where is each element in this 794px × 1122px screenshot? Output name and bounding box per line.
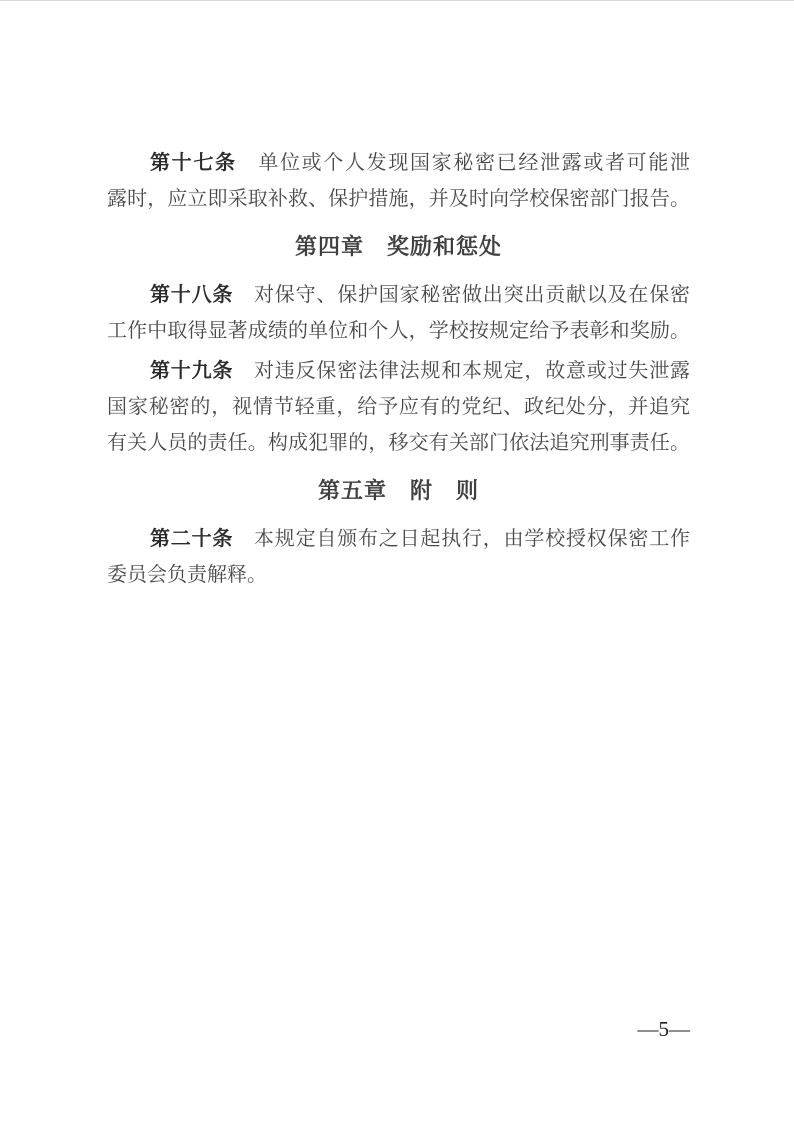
- chapter-4-heading: 第四章 奖励和惩处: [107, 229, 690, 265]
- article-20-number: 第二十条: [150, 528, 233, 550]
- article-20-paragraph: 第二十条本规定自颁布之日起执行，由学校授权保密工作 委员会负责解释。: [107, 521, 690, 593]
- article-17-line-1: 第十七条单位或个人发现国家秘密已经泄露或者可能泄: [107, 145, 690, 181]
- article-19-line-1-text: 对违反保密法律法规和本规定，故意或过失泄露: [253, 360, 690, 382]
- page-content: 第十七条单位或个人发现国家秘密已经泄露或者可能泄 露时，应立即采取补救、保护措施…: [107, 145, 690, 593]
- article-18-line-1: 第十八条对保守、保护国家秘密做出突出贡献以及在保密: [107, 277, 690, 313]
- article-19-line-3: 有关人员的责任。构成犯罪的，移交有关部门依法追究刑事责任。: [107, 425, 690, 461]
- chapter-5-heading: 第五章 附 则: [107, 473, 690, 509]
- article-18-line-2: 工作中取得显著成绩的单位和个人，学校按规定给予表彰和奖励。: [107, 313, 690, 349]
- article-19-line-1: 第十九条对违反保密法律法规和本规定，故意或过失泄露: [107, 353, 690, 389]
- article-19-line-2: 国家秘密的，视情节轻重，给予应有的党纪、政纪处分，并追究: [107, 389, 690, 425]
- article-17-line-2: 露时，应立即采取补救、保护措施，并及时向学校保密部门报告。: [107, 181, 690, 217]
- article-17-paragraph: 第十七条单位或个人发现国家秘密已经泄露或者可能泄 露时，应立即采取补救、保护措施…: [107, 145, 690, 217]
- article-18-paragraph: 第十八条对保守、保护国家秘密做出突出贡献以及在保密 工作中取得显著成绩的单位和个…: [107, 277, 690, 349]
- article-18-line-1-text: 对保守、保护国家秘密做出突出贡献以及在保密: [253, 284, 690, 306]
- article-20-line-1-text: 本规定自颁布之日起执行，由学校授权保密工作: [253, 528, 690, 550]
- article-17-line-1-text: 单位或个人发现国家秘密已经泄露或者可能泄: [257, 152, 690, 174]
- article-19-number: 第十九条: [150, 360, 233, 382]
- article-17-number: 第十七条: [150, 152, 237, 174]
- article-20-line-2: 委员会负责解释。: [107, 557, 690, 593]
- article-19-paragraph: 第十九条对违反保密法律法规和本规定，故意或过失泄露 国家秘密的，视情节轻重，给予…: [107, 353, 690, 461]
- article-18-number: 第十八条: [150, 284, 233, 306]
- document-page: 第十七条单位或个人发现国家秘密已经泄露或者可能泄 露时，应立即采取补救、保护措施…: [0, 0, 794, 1122]
- article-20-line-1: 第二十条本规定自颁布之日起执行，由学校授权保密工作: [107, 521, 690, 557]
- page-number: —5—: [638, 1017, 691, 1041]
